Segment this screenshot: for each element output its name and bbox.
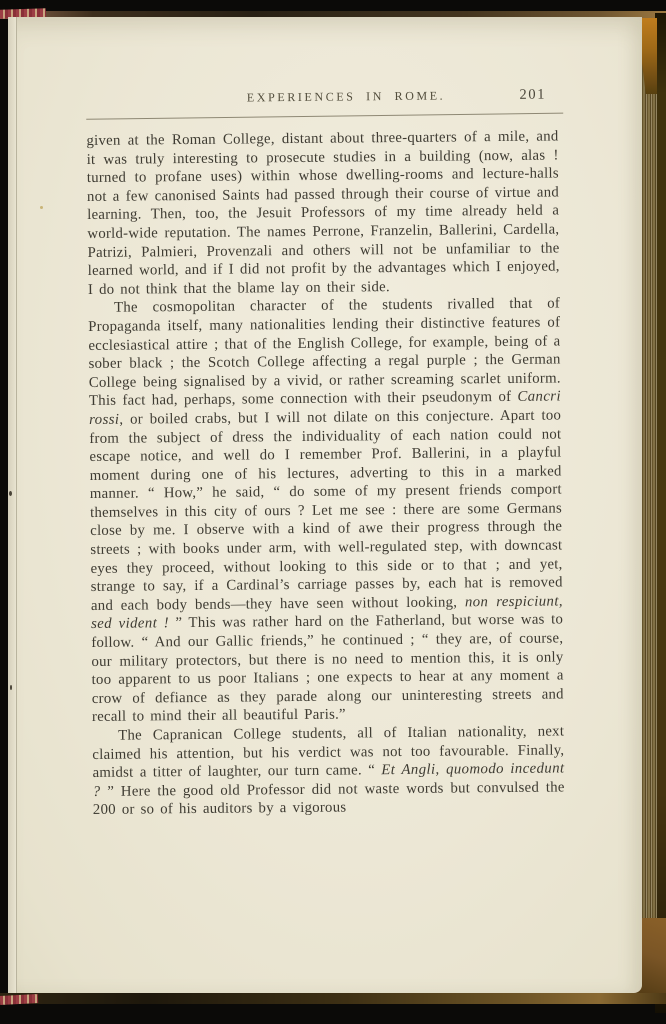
text-run: , or boiled crabs, but I will not dilate… xyxy=(89,407,563,613)
paragraph: The cosmopolitan character of the studen… xyxy=(88,295,564,727)
text-body: given at the Roman College, distant abou… xyxy=(86,127,565,819)
book-photo: EXPERIENCES IN ROME. 201 given at the Ro… xyxy=(0,0,666,1024)
page-number: 201 xyxy=(519,87,546,104)
page-content: EXPERIENCES IN ROME. 201 given at the Ro… xyxy=(86,87,565,819)
paragraph: given at the Roman College, distant abou… xyxy=(86,127,560,299)
page-gutter-shadow xyxy=(8,17,17,993)
book-page: EXPERIENCES IN ROME. 201 given at the Ro… xyxy=(8,17,642,993)
text-run: The cosmopolitan character of the studen… xyxy=(88,296,561,409)
book-bottom-edge xyxy=(0,993,666,1004)
text-run: given at the Roman College, distant abou… xyxy=(86,128,559,297)
text-run: ” Here the good old Professor did not wa… xyxy=(93,779,565,818)
header-rule xyxy=(86,113,563,120)
paragraph: The Capranican College students, all of … xyxy=(92,722,565,819)
paper-speck xyxy=(40,206,43,209)
paper-speck xyxy=(9,491,12,496)
running-header-title: EXPERIENCES IN ROME. xyxy=(247,89,445,105)
page-fore-edge xyxy=(641,19,657,993)
paper-speck xyxy=(10,685,12,690)
running-header: EXPERIENCES IN ROME. 201 xyxy=(86,87,558,112)
